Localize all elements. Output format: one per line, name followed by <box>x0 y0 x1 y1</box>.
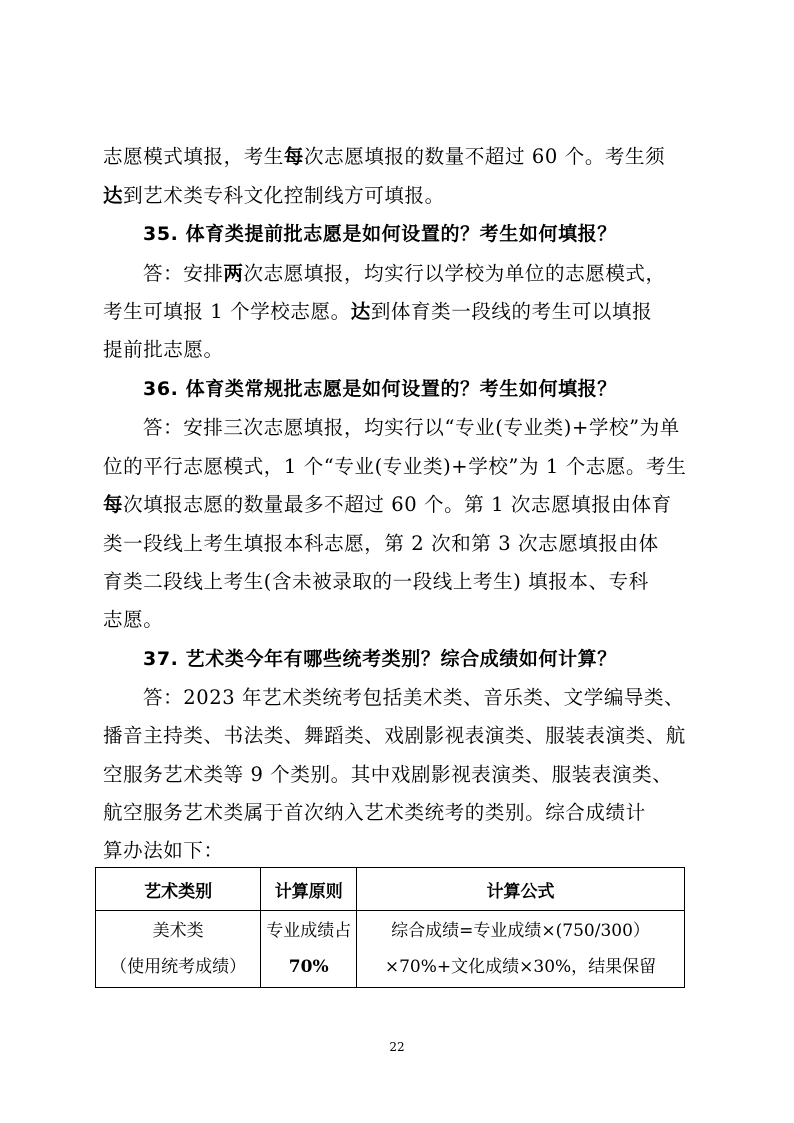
text: 70% <box>261 949 356 985</box>
paragraph-line: 提前批志愿。 <box>103 338 224 362</box>
header-category: 艺术类别 <box>96 868 261 911</box>
table-row: 美术类（使用统考成绩） 专业成绩占70% 综合成绩=专业成绩×(750/300）… <box>96 911 685 988</box>
paragraph-line: 位的平行志愿模式，1 个“专业(专业类)+学校”为 1 个志愿。考生 <box>103 455 686 479</box>
header-formula: 计算公式 <box>357 868 685 911</box>
text: 专业成绩占 <box>261 913 356 949</box>
header-principle: 计算原则 <box>261 868 357 911</box>
table-header-row: 艺术类别 计算原则 计算公式 <box>96 868 685 911</box>
question-37-heading: 37. 艺术类今年有哪些统考类别？综合成绩如何计算？ <box>143 647 617 671</box>
paragraph-line: 考生可填报 1 个学校志愿。达到体育类一段线的考生可以填报 <box>103 300 652 324</box>
page-number: 22 <box>0 1040 794 1054</box>
text: 综合成绩=专业成绩×(750/300） <box>357 913 684 949</box>
text: 次志愿填报，均实行以学校为单位的志愿模式， <box>244 262 666 285</box>
question-36-heading: 36. 体育类常规批志愿是如何设置的？考生如何填报？ <box>143 377 617 401</box>
cell-formula: 综合成绩=专业成绩×(750/300）×70%+文化成绩×30%，结果保留 <box>357 911 685 988</box>
bold-text: 每 <box>103 493 123 516</box>
paragraph-line: 达到艺术类专科文化控制线方可填报。 <box>103 184 445 208</box>
text: 次填报志愿的数量最多不超过 60 个。第 1 次志愿填报由体育 <box>123 493 672 516</box>
paragraph-line: 算办法如下： <box>103 839 224 863</box>
paragraph-line: 每次填报志愿的数量最多不超过 60 个。第 1 次志愿填报由体育 <box>103 493 672 517</box>
paragraph-line: 答：2023 年艺术类统考包括美术类、音乐类、文学编导类、 <box>143 686 684 710</box>
paragraph-line: 育类二段线上考生(含未被录取的一段线上考生) 填报本、专科 <box>103 570 649 594</box>
document-page: 志愿模式填报，考生每次志愿填报的数量不超过 60 个。考生须 达到艺术类专科文化… <box>0 0 794 1123</box>
paragraph-line: 志愿。 <box>103 608 163 632</box>
cell-category: 美术类（使用统考成绩） <box>96 911 261 988</box>
paragraph-line: 空服务艺术类等 9 个类别。其中戏剧影视表演类、服装表演类、 <box>103 763 672 787</box>
text: （使用统考成绩） <box>96 949 260 985</box>
text: 到体育类一段线的考生可以填报 <box>371 300 652 323</box>
text: 次志愿填报的数量不超过 60 个。考生须 <box>304 145 665 168</box>
paragraph-line: 播音主持类、书法类、舞蹈类、戏剧影视表演类、服装表演类、航 <box>103 724 686 748</box>
art-score-table: 艺术类别 计算原则 计算公式 美术类（使用统考成绩） 专业成绩占70% 综合成绩… <box>95 867 685 988</box>
text: 考生可填报 1 个学校志愿。 <box>103 300 351 323</box>
text: 到艺术类专科文化控制线方可填报。 <box>123 184 445 207</box>
bold-text: 达 <box>351 300 371 323</box>
bold-text: 两 <box>223 262 243 285</box>
paragraph-line: 答：安排三次志愿填报，均实行以“专业(专业类)+学校”为单 <box>143 416 680 440</box>
text: ×70%+文化成绩×30%，结果保留 <box>357 949 684 985</box>
cell-principle: 专业成绩占70% <box>261 911 357 988</box>
question-35-heading: 35. 体育类提前批志愿是如何设置的？考生如何填报？ <box>143 222 617 246</box>
paragraph-line: 类一段线上考生填报本科志愿，第 2 次和第 3 次志愿填报由体 <box>103 532 659 556</box>
bold-text: 达 <box>103 184 123 207</box>
paragraph-line: 航空服务艺术类属于首次纳入艺术类统考的类别。综合成绩计 <box>103 801 646 825</box>
bold-text: 每 <box>284 145 304 168</box>
text: 答：安排 <box>143 262 223 285</box>
text: 美术类 <box>96 913 260 949</box>
paragraph-line: 志愿模式填报，考生每次志愿填报的数量不超过 60 个。考生须 <box>103 145 665 169</box>
paragraph-line: 答：安排两次志愿填报，均实行以学校为单位的志愿模式， <box>143 262 666 286</box>
text: 志愿模式填报，考生 <box>103 145 284 168</box>
